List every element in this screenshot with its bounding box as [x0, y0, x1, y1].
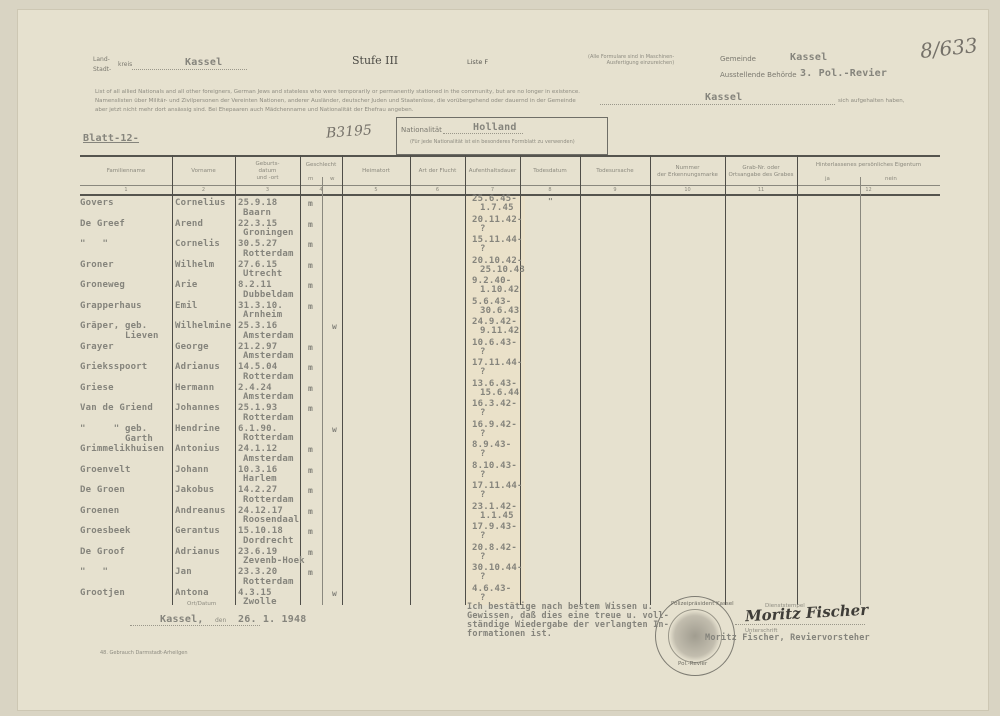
col-number: 8 [520, 186, 580, 194]
cell-surname: De Greef [80, 219, 125, 229]
cell-stay-end: ? [480, 347, 486, 357]
register-table: Familienname Vorname Geburts- datum und … [80, 155, 940, 605]
cell-surname: Groenvelt [80, 465, 131, 475]
gemeinde-value: Kassel [790, 52, 827, 63]
cell-surname: Grootjen [80, 588, 125, 598]
cell-birth-place: Zwolle [243, 597, 277, 607]
cell-sex-w: w [332, 322, 337, 332]
cell-sex-m: m [308, 486, 313, 496]
col-divider [725, 155, 726, 605]
cell-birth-date: 25.9.18 [238, 198, 277, 208]
cell-stay-end: ? [480, 367, 486, 377]
cell-birth-place: Dordrecht [243, 536, 294, 546]
col-divider [410, 155, 411, 605]
col-divider [342, 155, 343, 605]
cell-birth-place: Amsterdam [243, 392, 294, 402]
cell-birth-place: Dubbeldam [243, 290, 294, 300]
cell-surname: De Groen [80, 485, 125, 495]
cell-given-name: Andreanus [175, 506, 226, 516]
cell-surname: Groesbeek [80, 526, 131, 536]
cell-stay-end: ? [480, 531, 486, 541]
cell-sex-m: m [308, 384, 313, 394]
behoerde-value: 3. Pol.-Revier [800, 68, 887, 79]
cell-stay-end: 1.1.45 [480, 511, 514, 521]
cell-stay-end: 1.7.45 [480, 203, 514, 213]
cell-sex-w: w [332, 589, 337, 599]
col-number: 4 [300, 186, 342, 194]
cell-stay-end: 30.6.43 [480, 306, 519, 316]
liste-label: Liste F [467, 58, 488, 66]
cell-birth-place: Baarn [243, 208, 271, 218]
col-divider [580, 155, 581, 605]
col-divider [235, 155, 236, 605]
gemeinde-label: Gemeinde [720, 55, 756, 63]
cell-birth-date: 25.3.16 [238, 321, 277, 331]
cell-surname: Van de Griend [80, 403, 153, 413]
nationality-note: (Für jede Nationalität ist ein besondere… [410, 139, 575, 145]
cell-stay-start: 17.9.43- [472, 522, 517, 532]
col-number: 6 [410, 186, 465, 194]
col-header-todesursache: Todesursache [580, 158, 650, 185]
cell-surname: De Groof [80, 547, 125, 557]
stamp-text-bottom: Pol.-Revier [678, 661, 707, 667]
cell-stay-end: ? [480, 470, 486, 480]
cell-birth-place: Rotterdam [243, 495, 294, 505]
col-divider [650, 155, 651, 605]
cell-sex-m: m [308, 199, 313, 209]
cell-birth-date: 24.1.12 [238, 444, 277, 454]
kreis-label-suffix: kreis [118, 61, 132, 68]
kreis-label-prefix-top: Land- [93, 56, 110, 63]
cell-birth-date: 22.3.15 [238, 219, 277, 229]
col-divider-sex [322, 177, 323, 605]
printer-note: 48. Gebrauch Darmstadt-Arheilgen [100, 650, 188, 656]
col-header-grab: Grab-Nr. oder Ortsangabe des Grabes [725, 158, 797, 185]
cell-stay-start: 4.6.43- [472, 584, 511, 594]
instructions-place: Kassel [705, 92, 742, 103]
cell-given-name: George [175, 342, 209, 352]
cell-surname: Griese [80, 383, 114, 393]
cell-given-name: Wilhelm [175, 260, 214, 270]
cell-surname: Groner [80, 260, 114, 270]
cell-sex-m: m [308, 240, 313, 250]
col-header-geburt: Geburts- datum und -ort [235, 158, 300, 185]
col-number: 1 [80, 186, 172, 194]
col-header-erkennungsmarke: Nummer der Erkennungsmarke [650, 158, 725, 185]
cell-birth-date: 30.5.27 [238, 239, 277, 249]
stamp-text-top: Polizeipräsident Kassel [671, 601, 734, 607]
cell-surname: Groenen [80, 506, 119, 516]
cell-given-name: Wilhelmine [175, 321, 231, 331]
col-header-geschlecht: Geschlecht [300, 158, 342, 172]
cell-stay-end: ? [480, 408, 486, 418]
cell-birth-place: Zevenb-Hoek [243, 556, 305, 566]
cell-given-name: Hendrine [175, 424, 220, 434]
table-top-rule [80, 155, 940, 157]
behoerde-label: Ausstellende Behörde [720, 71, 797, 79]
col-divider [172, 155, 173, 605]
cell-birth-place: Rotterdam [243, 413, 294, 423]
cell-sex-m: m [308, 281, 313, 291]
certification-line: formationen ist. [467, 630, 669, 639]
stufe-title: Stufe III [352, 54, 398, 67]
cell-birth-date: 2.4.24 [238, 383, 272, 393]
cell-stay-end: ? [480, 490, 486, 500]
col-number: 2 [172, 186, 235, 194]
cell-stay-end: 1.10.42 [480, 285, 519, 295]
cell-birth-date: 25.1.93 [238, 403, 277, 413]
col-header-flucht: Art der Flucht [410, 158, 465, 185]
cell-sex-m: m [308, 220, 313, 230]
cell-given-name: Adrianus [175, 362, 220, 372]
col-divider [797, 155, 798, 605]
signatory: Moritz Fischer, Reviervorsteher [705, 633, 870, 643]
cell-sex-m: m [308, 404, 313, 414]
cell-birth-date: 23.3.20 [238, 567, 277, 577]
handwritten-note: B3195 [325, 122, 372, 141]
cell-sex-m: m [308, 527, 313, 537]
cell-stay-start: 16.3.42- [472, 399, 517, 409]
col-header-vorname: Vorname [172, 158, 235, 185]
cell-given-name: Cornelius [175, 198, 226, 208]
col-divider [300, 155, 301, 605]
cell-birth-date: 8.2.11 [238, 280, 272, 290]
cell-sex-m: m [308, 445, 313, 455]
cell-sex-m: m [308, 343, 313, 353]
kreis-dotline [132, 69, 247, 70]
cell-stay-end: ? [480, 429, 486, 439]
nationality-value: Holland [473, 122, 517, 133]
cell-sex-m: m [308, 466, 313, 476]
cell-birth-date: 21.2.97 [238, 342, 277, 352]
cell-surname: " " [80, 567, 108, 577]
cell-birth-place: Arnheim [243, 310, 282, 320]
nationality-dotline [443, 133, 523, 134]
cell-birth-place: Rotterdam [243, 577, 294, 587]
cell-birth-date: 6.1.90. [238, 424, 277, 434]
cell-sex-w: w [332, 425, 337, 435]
cell-birth-place: Rotterdam [243, 433, 294, 443]
cell-given-name: Antona [175, 588, 209, 598]
cell-surname: Gräper, geb. Lieven [80, 321, 159, 341]
cell-surname: " " [80, 239, 108, 249]
cell-given-name: Jan [175, 567, 192, 577]
cell-birth-date: 23.6.19 [238, 547, 277, 557]
kreis-label-prefix-bottom: Stadt- [93, 66, 111, 73]
certification-text: Ich bestätige nach bestem Wissen u. Gewi… [467, 603, 669, 639]
cell-birth-date: 14.5.04 [238, 362, 277, 372]
cell-birth-place: Amsterdam [243, 331, 294, 341]
footer-den: den [215, 617, 226, 624]
cell-given-name: Antonius [175, 444, 220, 454]
instructions-line-1: List of all allied Nationals and all oth… [95, 89, 715, 95]
cell-sex-m: m [308, 261, 313, 271]
cell-stay-start: 8.9.43- [472, 440, 511, 450]
cell-sex-m: m [308, 568, 313, 578]
death-date-ditto-mark: " [548, 197, 553, 206]
cell-given-name: Arie [175, 280, 197, 290]
cell-stay-end: ? [480, 449, 486, 459]
instructions-line-3: aber jetzt nicht mehr dort ansässig sind… [95, 107, 435, 113]
cell-stay-end: ? [480, 593, 486, 603]
cell-given-name: Johann [175, 465, 209, 475]
col-header-todesdatum: Todesdatum [520, 158, 580, 185]
col-number: 3 [235, 186, 300, 194]
cell-birth-place: Groningen [243, 228, 294, 238]
cell-surname: Grieksspoort [80, 362, 147, 372]
col-header-eigentum: Hinterlassenes persönliches Eigentum [797, 158, 940, 172]
cell-stay-end: 15.6.44 [480, 388, 519, 398]
cell-given-name: Johannes [175, 403, 220, 413]
cell-birth-place: Harlem [243, 474, 277, 484]
cell-surname: Grayer [80, 342, 114, 352]
cell-birth-place: Amsterdam [243, 351, 294, 361]
cell-given-name: Gerantus [175, 526, 220, 536]
col-number: 9 [580, 186, 650, 194]
cell-birth-date: 10.3.16 [238, 465, 277, 475]
cell-sex-m: m [308, 548, 313, 558]
cell-stay-start: 10.6.43- [472, 338, 517, 348]
footer-date: 26. 1. 1948 [238, 614, 306, 625]
cell-surname: Govers [80, 198, 114, 208]
blatt-number: Blatt-12- [83, 133, 139, 144]
cell-birth-date: 15.10.18 [238, 526, 283, 536]
col-number: 12 [797, 186, 940, 194]
cell-birth-place: Utrecht [243, 269, 282, 279]
cell-sex-m: m [308, 363, 313, 373]
cell-stay-end: ? [480, 224, 486, 234]
kreis-value: Kassel [185, 57, 222, 68]
cell-surname: Groneweg [80, 280, 125, 290]
instructions-line-2: Namenslisten über Militär- und Zivilpers… [95, 98, 655, 104]
instructions-dotline [600, 104, 835, 105]
cell-given-name: Arend [175, 219, 203, 229]
col-divider [465, 155, 466, 605]
cell-sex-m: m [308, 302, 313, 312]
col-header-aufenthalt: Aufenthaltsdauer [465, 158, 520, 185]
cell-stay-end: ? [480, 552, 486, 562]
cell-birth-date: 31.3.10. [238, 301, 283, 311]
cell-birth-date: 27.6.15 [238, 260, 277, 270]
col-header-familienname: Familienname [80, 158, 172, 185]
cell-surname: Grimmelikhuisen [80, 444, 164, 454]
col-subheader-nein: nein [885, 176, 897, 182]
col-number: 11 [725, 186, 797, 194]
cell-stay-end: ? [480, 244, 486, 254]
cell-stay-start: 16.9.42- [472, 420, 517, 430]
cell-given-name: Adrianus [175, 547, 220, 557]
cell-birth-place: Rotterdam [243, 249, 294, 259]
cell-given-name: Jakobus [175, 485, 214, 495]
cell-birth-date: 24.12.17 [238, 506, 283, 516]
cell-stay-start: 20.8.42- [472, 543, 517, 553]
nationality-label: Nationalität [401, 126, 442, 134]
cell-birth-date: 4.3.15 [238, 588, 272, 598]
cell-surname: " " geb. Garth [80, 424, 153, 444]
cell-surname: Grapperhaus [80, 301, 142, 311]
cell-stay-end: 25.10.43 [480, 265, 525, 275]
footer-place: Kassel, [160, 614, 204, 625]
col-subheader-ja: ja [825, 176, 830, 182]
cell-given-name: Hermann [175, 383, 214, 393]
cell-given-name: Cornelis [175, 239, 220, 249]
place-dotline [130, 625, 260, 626]
col-subheader-m: m [308, 176, 313, 182]
col-subheader-w: w [330, 176, 335, 182]
cell-sex-m: m [308, 507, 313, 517]
ort-label: Ort/Datum [187, 601, 216, 607]
cell-birth-date: 14.2.27 [238, 485, 277, 495]
cell-stay-start: 8.10.43- [472, 461, 517, 471]
col-number: 10 [650, 186, 725, 194]
col-header-heimatort: Heimatort [342, 158, 410, 185]
col-number: 7 [465, 186, 520, 194]
col-number: 5 [342, 186, 410, 194]
cell-birth-place: Roosendaal [243, 515, 299, 525]
instructions-line-2-end: sich aufgehalten haben, [838, 98, 904, 104]
cell-birth-place: Amsterdam [243, 454, 294, 464]
cell-birth-place: Rotterdam [243, 372, 294, 382]
cell-given-name: Emil [175, 301, 197, 311]
cell-stay-end: ? [480, 572, 486, 582]
cell-stay-end: 9.11.42 [480, 326, 519, 336]
formulare-note: (Alle Formulare sind in Maschinen- Ausfe… [588, 54, 674, 66]
col-divider-property [860, 177, 861, 605]
